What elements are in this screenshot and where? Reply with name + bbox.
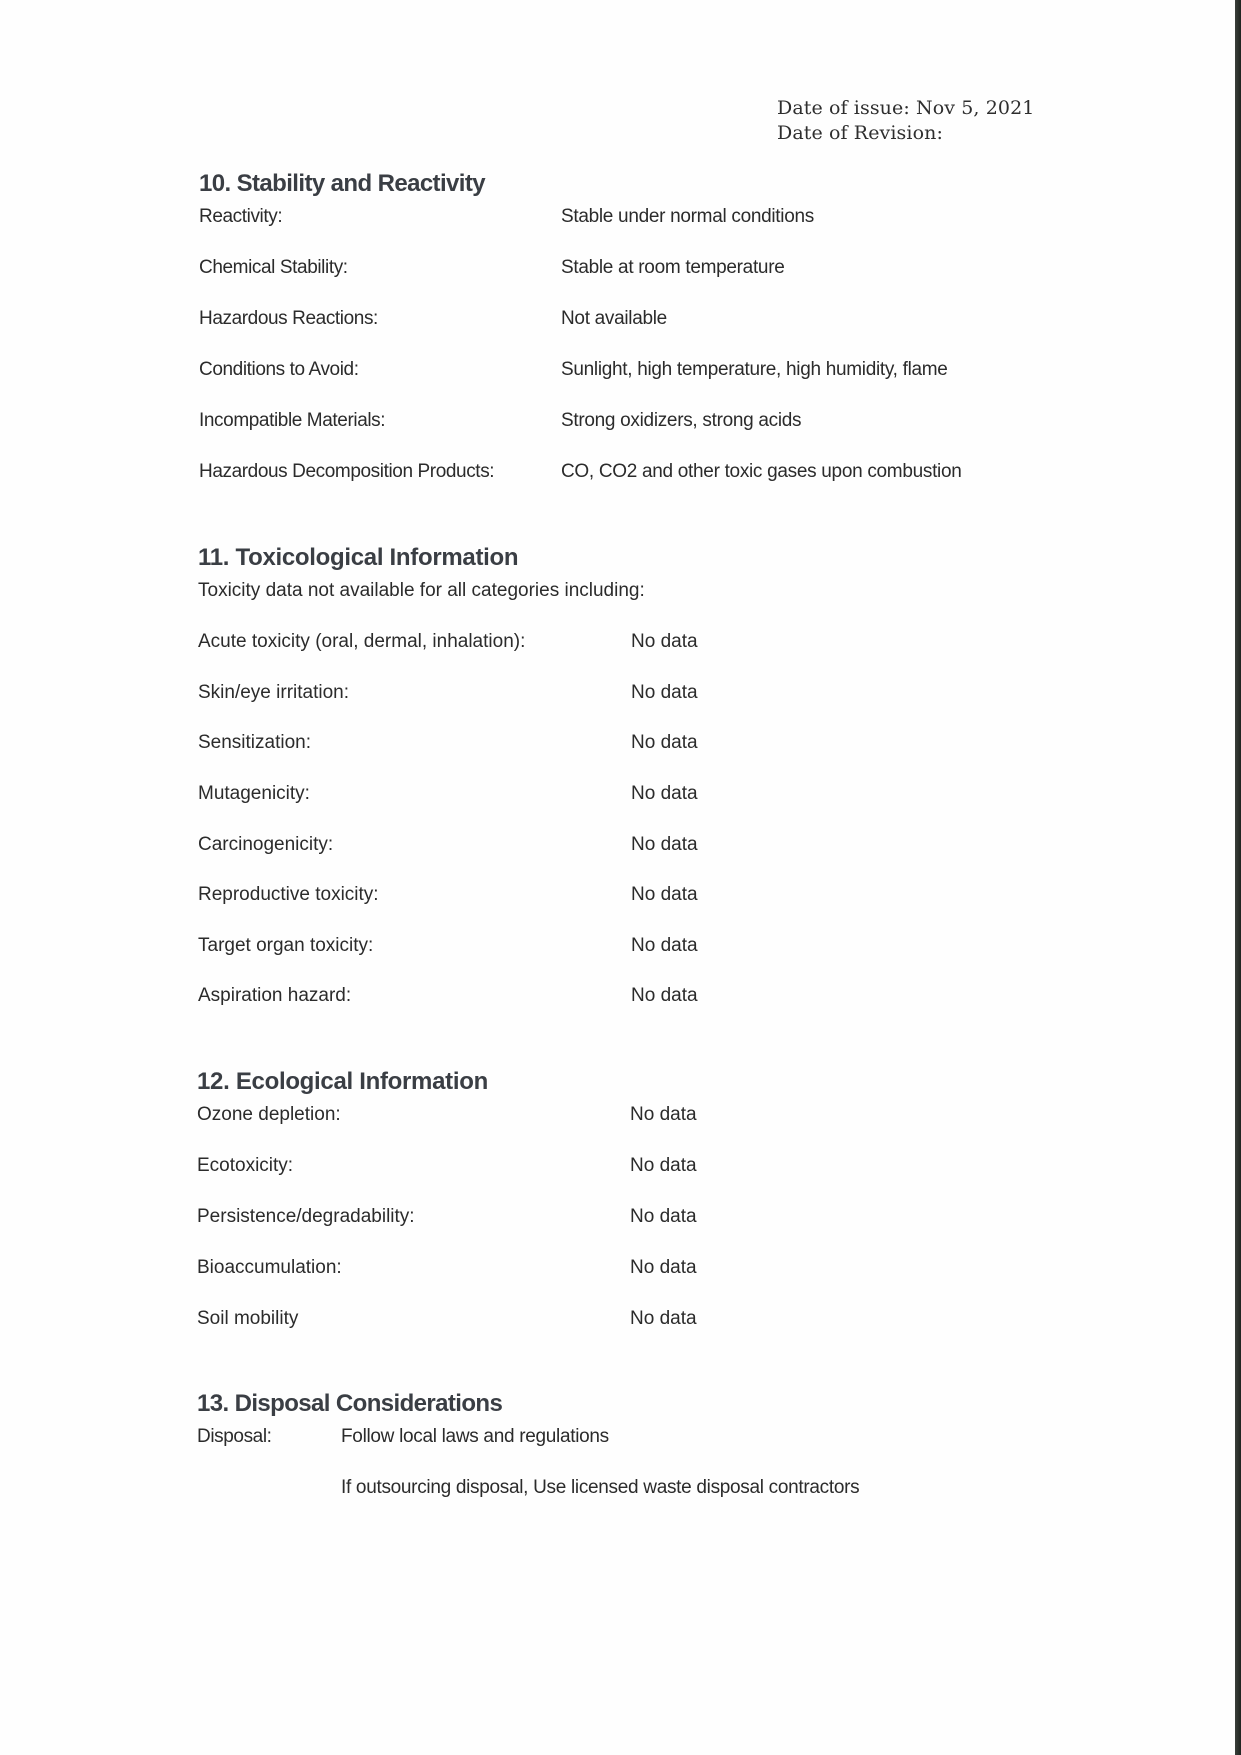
field-label: Skin/eye irritation: xyxy=(198,681,349,705)
date-of-issue: Date of issue: Nov 5, 2021 xyxy=(777,96,1034,121)
section-ecological-information: 12. Ecological Information Ozone depleti… xyxy=(197,1067,488,1097)
field-value: No data xyxy=(630,1205,697,1229)
field-value: No data xyxy=(631,630,698,654)
field-label: Reproductive toxicity: xyxy=(198,883,379,907)
date-block: Date of issue: Nov 5, 2021 Date of Revis… xyxy=(777,96,1034,146)
field-label: Hazardous Decomposition Products: xyxy=(199,460,494,484)
field-label: Aspiration hazard: xyxy=(198,984,351,1008)
field-label: Ozone depletion: xyxy=(197,1103,341,1127)
field-value: No data xyxy=(631,681,698,705)
field-value: Stable under normal conditions xyxy=(561,205,814,229)
field-label: Chemical Stability: xyxy=(199,256,348,280)
field-value: No data xyxy=(631,934,698,958)
section-toxicological-information: 11. Toxicological Information Toxicity d… xyxy=(198,543,518,573)
section-title: 10. Stability and Reactivity xyxy=(199,169,485,199)
field-label: Sensitization: xyxy=(198,731,311,755)
field-value: If outsourcing disposal, Use licensed wa… xyxy=(341,1476,859,1500)
document-page: Date of issue: Nov 5, 2021 Date of Revis… xyxy=(0,0,1241,1755)
field-value: CO, CO2 and other toxic gases upon combu… xyxy=(561,460,962,484)
section-title: 13. Disposal Considerations xyxy=(197,1389,502,1419)
section-stability-reactivity: 10. Stability and Reactivity Reactivity:… xyxy=(199,169,485,199)
field-value: No data xyxy=(631,833,698,857)
field-label: Persistence/degradability: xyxy=(197,1205,415,1229)
field-value: No data xyxy=(630,1103,697,1127)
field-value: No data xyxy=(631,984,698,1008)
field-value: No data xyxy=(631,883,698,907)
field-label: Incompatible Materials: xyxy=(199,409,385,433)
field-label: Reactivity: xyxy=(199,205,282,229)
field-value: No data xyxy=(631,731,698,755)
field-label: Mutagenicity: xyxy=(198,782,310,806)
section-title: 12. Ecological Information xyxy=(197,1067,488,1097)
field-label: Disposal: xyxy=(197,1425,272,1449)
field-label: Conditions to Avoid: xyxy=(199,358,359,382)
field-value: Strong oxidizers, strong acids xyxy=(561,409,801,433)
field-label: Bioaccumulation: xyxy=(197,1256,342,1280)
field-label: Soil mobility xyxy=(197,1307,298,1331)
section-title: 11. Toxicological Information xyxy=(198,543,518,573)
field-value: No data xyxy=(631,782,698,806)
field-value: Follow local laws and regulations xyxy=(341,1425,609,1449)
field-value: Not available xyxy=(561,307,667,331)
field-label: Carcinogenicity: xyxy=(198,833,333,857)
scan-edge-border xyxy=(1235,0,1241,1755)
field-label: Target organ toxicity: xyxy=(198,934,373,958)
field-value: No data xyxy=(630,1256,697,1280)
field-value: Stable at room temperature xyxy=(561,256,785,280)
field-label: Acute toxicity (oral, dermal, inhalation… xyxy=(198,630,525,654)
section-disposal-considerations: 13. Disposal Considerations Disposal: Fo… xyxy=(197,1389,502,1419)
field-value: No data xyxy=(630,1307,697,1331)
field-value: No data xyxy=(630,1154,697,1178)
field-value: Sunlight, high temperature, high humidit… xyxy=(561,358,948,382)
date-of-revision: Date of Revision: xyxy=(777,121,1034,146)
field-label: Ecotoxicity: xyxy=(197,1154,293,1178)
section-intro: Toxicity data not available for all cate… xyxy=(198,579,645,603)
field-label: Hazardous Reactions: xyxy=(199,307,378,331)
